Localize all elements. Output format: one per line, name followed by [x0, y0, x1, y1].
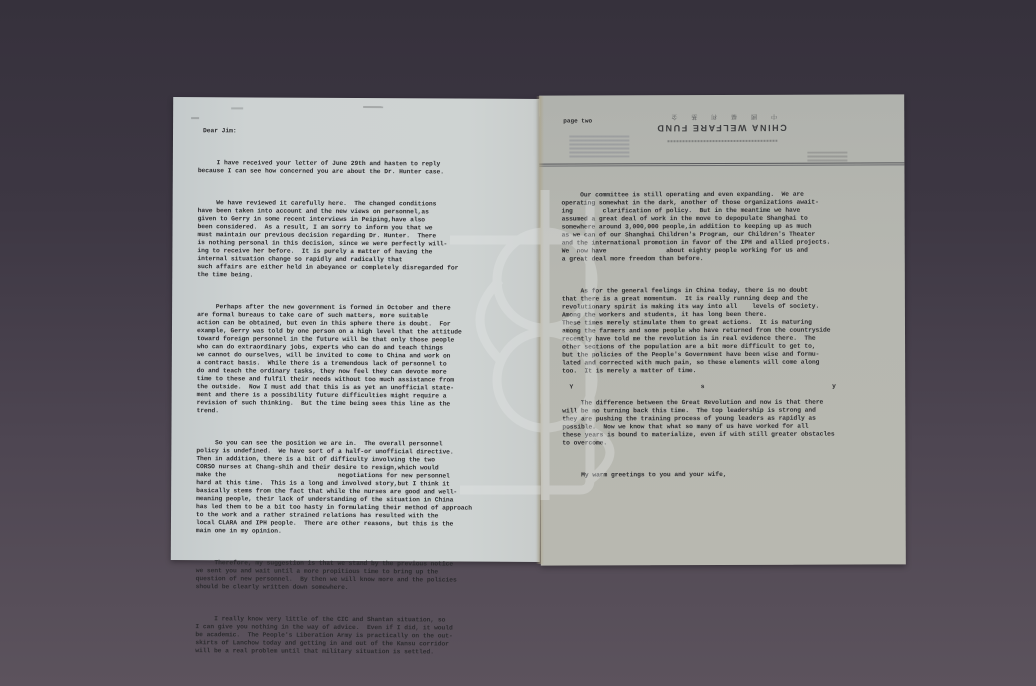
letter-page-two: page two 中 國 福 利 基 金 CHINA WELFARE FUND …: [539, 94, 906, 565]
letterhead-divider: [539, 162, 904, 166]
letterhead-cable-block: [807, 152, 847, 162]
letter-body-page-two: Our committee is still operating and eve…: [561, 175, 834, 496]
scan-mark: [191, 117, 199, 119]
salutation: Dear Jim:: [203, 127, 237, 135]
letter-page-one: Dear Jim: I have received your letter of…: [171, 97, 542, 562]
page-label: page two: [563, 117, 592, 124]
paragraph: Perhaps after the new government is form…: [197, 303, 474, 416]
letterhead-chinese-title: 中 國 福 利 基 金: [651, 113, 791, 122]
letter-body-page-one: I have received your letter of June 29th…: [195, 143, 474, 672]
scan-mark: [231, 107, 243, 109]
signature: Y s y: [540, 382, 905, 391]
paragraph: So you can see the position we are in. T…: [196, 439, 472, 536]
page-seam: [536, 96, 544, 564]
paragraph: As for the general feelings in China tod…: [562, 287, 835, 376]
paragraph: Our committee is still operating and eve…: [562, 191, 834, 264]
paragraph: My warm greetings to you and your wife,: [562, 471, 834, 480]
paragraph: We have reviewed it carefully here. The …: [197, 199, 473, 280]
paragraph: I have received your letter of June 29th…: [198, 159, 474, 176]
letterhead-organization-name: CHINA WELFARE FUND: [651, 123, 791, 133]
paragraph: The difference between the Great Revolut…: [562, 399, 834, 448]
letterhead-subtitle: [667, 140, 777, 142]
paragraph: Therefore, my suggestion is that we stan…: [196, 559, 472, 592]
paragraph: I really know very little of the CIC and…: [195, 615, 471, 656]
scan-mark: [363, 106, 383, 108]
letterhead-address-block: [569, 135, 629, 157]
